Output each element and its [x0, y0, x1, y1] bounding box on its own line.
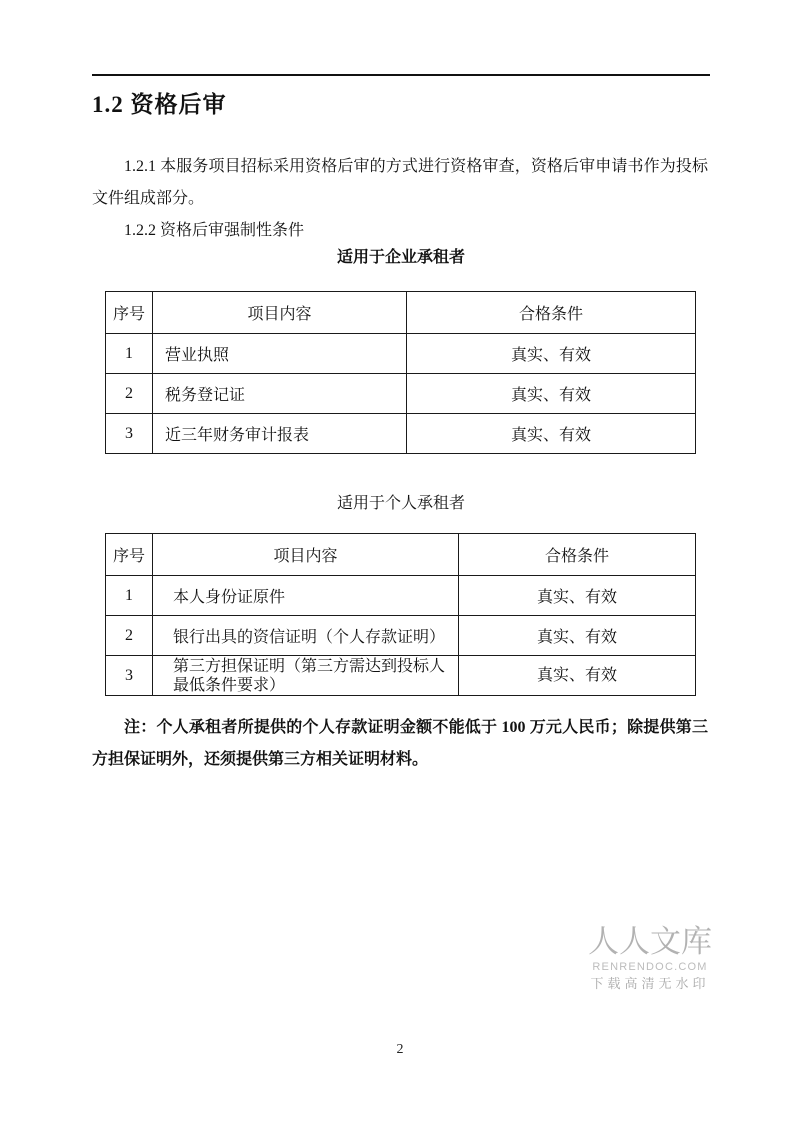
note-paragraph: 注：个人承租者所提供的个人存款证明金额不能低于 100 万元人民币；除提供第三方… — [92, 712, 708, 776]
paragraph-1-2-1: 1.2.1 本服务项目招标采用资格后审的方式进行资格审查，资格后审申请书作为投标… — [92, 151, 708, 215]
individual-tenant-table: 序号 项目内容 合格条件 1 本人身份证原件 真实、有效 2 银行出具的资信证明… — [105, 533, 696, 696]
column-header-seq: 序号 — [106, 534, 153, 576]
document-page: 1.2 资格后审 1.2.1 本服务项目招标采用资格后审的方式进行资格审查，资格… — [0, 0, 800, 1132]
enterprise-table-title: 适用于企业承租者 — [92, 246, 710, 270]
item-cell: 第三方担保证明（第三方需达到投标人最低条件要求） — [153, 656, 459, 696]
item-cell: 税务登记证 — [153, 374, 407, 414]
table-row: 1 本人身份证原件 真实、有效 — [106, 576, 696, 616]
header-rule — [92, 74, 710, 76]
seq-cell: 3 — [106, 656, 153, 696]
condition-cell: 真实、有效 — [407, 374, 696, 414]
watermark-tagline-text: 下载高清无水印 — [586, 975, 714, 993]
table-row: 3 第三方担保证明（第三方需达到投标人最低条件要求） 真实、有效 — [106, 656, 696, 696]
condition-cell: 真实、有效 — [459, 576, 696, 616]
section-title: 1.2 资格后审 — [92, 86, 227, 119]
column-header-condition: 合格条件 — [407, 292, 696, 334]
table-header-row: 序号 项目内容 合格条件 — [106, 534, 696, 576]
watermark: 人人文库 RENRENDOC.COM 下载高清无水印 — [586, 924, 714, 993]
seq-cell: 3 — [106, 414, 153, 454]
watermark-brand-text: 人人文库 — [586, 924, 714, 960]
paragraph-1-2-2: 1.2.2 资格后审强制性条件 — [92, 215, 708, 247]
enterprise-tenant-table: 序号 项目内容 合格条件 1 营业执照 真实、有效 2 税务登记证 真实、有效 … — [105, 291, 696, 454]
table-row: 3 近三年财务审计报表 真实、有效 — [106, 414, 696, 454]
page-number: 2 — [0, 1042, 800, 1058]
seq-cell: 2 — [106, 616, 153, 656]
seq-cell: 1 — [106, 576, 153, 616]
condition-cell: 真实、有效 — [407, 334, 696, 374]
condition-cell: 真实、有效 — [459, 656, 696, 696]
table-row: 1 营业执照 真实、有效 — [106, 334, 696, 374]
individual-table-title: 适用于个人承租者 — [92, 492, 710, 516]
condition-cell: 真实、有效 — [459, 616, 696, 656]
seq-cell: 1 — [106, 334, 153, 374]
column-header-item: 项目内容 — [153, 292, 407, 334]
item-cell: 银行出具的资信证明（个人存款证明） — [153, 616, 459, 656]
item-cell: 营业执照 — [153, 334, 407, 374]
condition-cell: 真实、有效 — [407, 414, 696, 454]
item-cell: 近三年财务审计报表 — [153, 414, 407, 454]
column-header-seq: 序号 — [106, 292, 153, 334]
seq-cell: 2 — [106, 374, 153, 414]
watermark-domain-text: RENRENDOC.COM — [586, 960, 714, 975]
column-header-item: 项目内容 — [153, 534, 459, 576]
table-row: 2 银行出具的资信证明（个人存款证明） 真实、有效 — [106, 616, 696, 656]
item-cell: 本人身份证原件 — [153, 576, 459, 616]
column-header-condition: 合格条件 — [459, 534, 696, 576]
table-row: 2 税务登记证 真实、有效 — [106, 374, 696, 414]
table-header-row: 序号 项目内容 合格条件 — [106, 292, 696, 334]
